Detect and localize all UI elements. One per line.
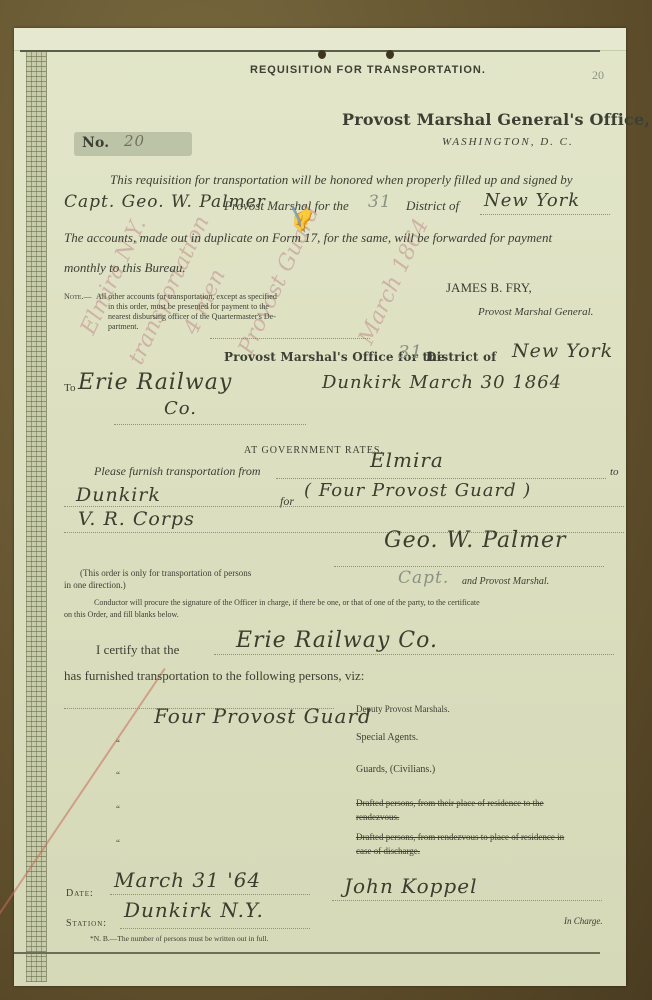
number-value: 20 — [124, 132, 145, 150]
office-heading: Provost Marshal General's Office, — [342, 110, 650, 129]
bottom-rule — [14, 952, 600, 954]
document-title: REQUISITION FOR TRANSPORTATION. — [250, 64, 486, 76]
fill-line — [114, 424, 306, 425]
note-line: nearest disbursing officer of the Quarte… — [108, 312, 276, 321]
conductor-instruction-2: on this Order, and fill blanks below. — [64, 610, 179, 619]
fill-line — [110, 894, 310, 895]
fill-line — [480, 214, 610, 215]
intro-line-2a: Provost Marshal for the — [224, 198, 349, 214]
top-rule — [20, 50, 600, 52]
ditto-mark: “ — [116, 838, 120, 848]
for-handwritten: ( Four Provost Guard ) — [304, 480, 531, 501]
ditto-mark: “ — [116, 738, 120, 748]
note-line: partment. — [108, 322, 138, 331]
note-label: Note.— — [64, 292, 91, 301]
date-label: Date: — [66, 888, 94, 899]
ditto-mark: “ — [116, 770, 120, 780]
to-word: to — [610, 466, 619, 478]
fill-line — [276, 478, 606, 479]
category-special-agents: Special Agents. — [356, 732, 418, 743]
ornamental-border — [26, 52, 47, 982]
fill-line — [214, 654, 614, 655]
persons-handwritten: Four Provost Guard — [154, 704, 372, 728]
requisition-document: Elmira N.Y. transportation 4 men Provost… — [14, 28, 626, 986]
rates-heading: AT GOVERNMENT RATES. — [244, 445, 384, 456]
order-office-b: District of — [426, 350, 497, 364]
in-charge-signature: John Koppel — [344, 874, 477, 898]
one-direction-note: (This order is only for transportation o… — [80, 568, 251, 578]
punch-hole — [386, 50, 394, 59]
rank-handwritten: Capt. — [398, 568, 449, 588]
place-date-handwritten: Dunkirk March 30 1864 — [322, 372, 562, 393]
paper-fold — [14, 28, 626, 51]
fill-line — [120, 928, 310, 929]
note-line: All other accounts for transportation, e… — [96, 292, 277, 301]
number-label: No. — [82, 135, 109, 151]
in-charge-label: In Charge. — [564, 916, 603, 926]
ditto-mark: “ — [116, 804, 120, 814]
intro-line-4: monthly to this Bureau. — [64, 260, 186, 276]
company-handwritten: Erie Railway Co. — [236, 628, 438, 653]
state-handwritten: New York — [484, 190, 580, 211]
category-guards: Guards, (Civilians.) — [356, 764, 435, 775]
station-label: Station: — [66, 918, 107, 929]
signature-line — [334, 566, 604, 567]
date-handwritten: March 31 '64 — [114, 868, 261, 892]
signature-title: and Provost Marshal. — [462, 576, 549, 587]
footnote: *N. B.—The number of persons must be wri… — [90, 934, 269, 943]
intro-line-1: This requisition for transportation will… — [110, 172, 573, 188]
order-district-handwritten: 31 — [398, 342, 423, 363]
category-deputy-marshals: Deputy Provost Marshals. — [356, 704, 450, 714]
recipient-handwritten: Erie Railway — [78, 370, 232, 395]
station-handwritten: Dunkirk N.Y. — [124, 898, 264, 922]
category-drafted-discharge: Drafted persons, from rendezvous to plac… — [356, 830, 578, 858]
intro-line-2b: District of — [406, 198, 459, 214]
to-label: To — [64, 382, 75, 394]
divider-line — [210, 338, 370, 339]
furnish-label: Please furnish transportation from — [94, 464, 261, 479]
category-drafted-to-rendezvous: Drafted persons, from their place of res… — [356, 796, 578, 824]
recipient-handwritten-2: Co. — [164, 398, 197, 419]
certify-label: I certify that the — [96, 642, 179, 658]
office-location: WASHINGTON, D. C. — [442, 136, 574, 148]
fill-line — [64, 506, 624, 507]
general-name: JAMES B. FRY, — [446, 280, 532, 296]
note-line: in this order, must be presented for pay… — [108, 302, 269, 311]
from-handwritten: Elmira — [370, 448, 444, 472]
general-title: Provost Marshal General. — [478, 306, 593, 318]
order-state-handwritten: New York — [512, 340, 613, 362]
punch-hole — [318, 50, 326, 59]
signature-line — [332, 900, 602, 901]
to-handwritten: Dunkirk — [76, 484, 161, 506]
conductor-instruction: Conductor will procure the signature of … — [94, 598, 480, 607]
one-direction-note-2: in one direction.) — [64, 580, 126, 590]
district-handwritten: 31 — [368, 192, 392, 212]
corner-number: 20 — [592, 68, 604, 83]
marshal-signature: Geo. W. Palmer — [384, 528, 567, 553]
unit-handwritten: V. R. Corps — [78, 508, 195, 530]
furnished-line: has furnished transportation to the foll… — [64, 668, 364, 684]
